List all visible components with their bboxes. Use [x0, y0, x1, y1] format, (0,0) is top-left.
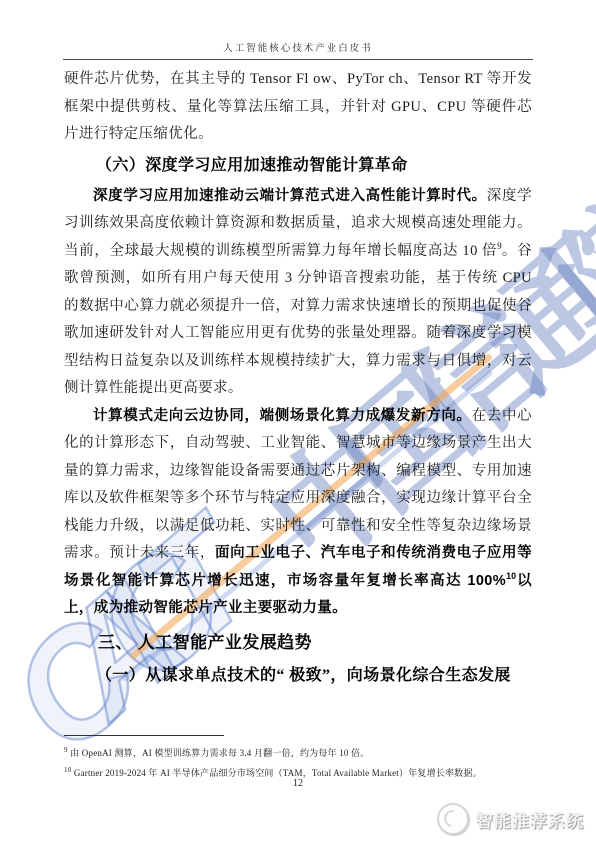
heading-section-six: （六）深度学习应用加速推动智能计算革命 [64, 151, 532, 181]
recommendation-system-label: 智能推荐系统 [476, 807, 584, 832]
heading-section-one: （一）从谋求单点技术的“ 极致”，向场景化综合生态发展 [64, 661, 532, 691]
paragraph-lead-sentence: 计算模式走向云边协同，端侧场景化算力成爆发新方向。 [93, 408, 472, 424]
document-page: CAICT 中国信通院 人工智能核心技术产业白皮书 硬件芯片优势，在其主导的 T… [0, 0, 596, 843]
page-header: 人工智能核心技术产业白皮书 [63, 40, 533, 60]
logo-swirl-icon [441, 807, 465, 831]
paragraph-continued: 硬件芯片优势，在其主导的 Tensor Fl ow、PyTor ch、Tenso… [64, 66, 532, 149]
paragraph-edge-computing: 计算模式走向云边协同，端侧场景化算力成爆发新方向。在去中心化的计算形态下，自动驾… [64, 403, 532, 623]
page-number: 12 [0, 778, 596, 789]
body-text: 硬件芯片优势，在其主导的 Tensor Fl ow、PyTor ch、Tenso… [64, 66, 532, 693]
recommendation-system-logo-icon [437, 803, 469, 835]
footnote-separator [64, 735, 224, 736]
header-rule [63, 59, 533, 60]
recommendation-system-stamp: 智能推荐系统 [437, 803, 584, 835]
paragraph-body-text: 。谷歌曾预测，如所有用户每天使用 3 分钟语音搜索功能，基于传统 CPU 的数据… [64, 243, 532, 397]
paragraph-body-text: 在去中心化的计算形态下，自动驾驶、工业智能、智慧城市等边缘场景产生出大量的算力需… [64, 408, 532, 562]
footnote-text: 由 OpenAI 测算，AI 模型训练算力需求每 3.4 月翻一倍，约为每年 1… [68, 748, 370, 758]
paragraph-lead-sentence: 深度学习应用加速推动云端计算范式进入高性能计算时代。 [93, 188, 487, 204]
footnote-9: 9 由 OpenAI 测算，AI 模型训练算力需求每 3.4 月翻一倍，约为每年… [64, 742, 532, 762]
heading-chapter-three: 三、 人工智能产业发展趋势 [64, 627, 532, 659]
paragraph-cloud-computing: 深度学习应用加速推动云端计算范式进入高性能计算时代。深度学习训练效果高度依赖计算… [64, 183, 532, 403]
footnote-area: 9 由 OpenAI 测算，AI 模型训练算力需求每 3.4 月翻一倍，约为每年… [64, 735, 532, 782]
footnote-ref-10: 10 [506, 571, 516, 581]
footnote-text: Gartner 2019-2024 年 AI 半导体产品细分市场空间（TAM，T… [71, 768, 481, 778]
header-title: 人工智能核心技术产业白皮书 [63, 40, 533, 54]
